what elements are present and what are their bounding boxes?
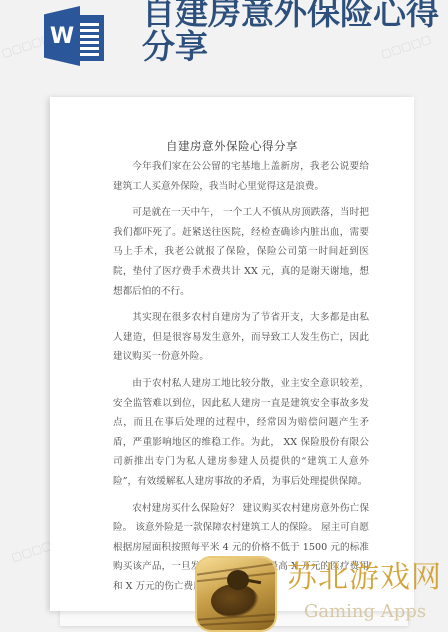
word-icon: W — [44, 6, 108, 66]
page-title: 自建房意外保险心得分享 — [142, 0, 442, 64]
duck-icon — [197, 558, 275, 630]
watermark-brand-tagline: Gaming Apps — [304, 600, 426, 624]
watermark-brand-name: 苏北游戏网 — [287, 558, 442, 598]
document-page: 自建房意外保险心得分享 今年我们家在公公留的宅基地上盖新房，我老公说要给建筑工人… — [50, 97, 414, 611]
document-body: 今年我们家在公公留的宅基地上盖新房，我老公说要给建筑工人买意外保险，我当时心里觉… — [113, 157, 369, 603]
paragraph: 可是就在一天中午， 一个工人不慎从房顶跌落，当时把我们都吓死了。赶紧送往医院，经… — [113, 203, 369, 301]
paragraph: 其实现在很多农村自建房为了节省开支，大多都是由私人建造，但是很容易发生意外，而导… — [113, 308, 369, 367]
paragraph: 由于农村私人建房工地比较分散，业主安全意识较差，安全监管难以到位，因此私人建房一… — [113, 374, 369, 492]
word-letter: W — [50, 24, 74, 49]
paragraph: 今年我们家在公公留的宅基地上盖新房，我老公说要给建筑工人买意外保险，我当时心里觉… — [113, 157, 369, 196]
header: W 自建房意外保险心得分享 — [0, 0, 448, 90]
document-title: 自建房意外保险心得分享 — [50, 138, 414, 154]
